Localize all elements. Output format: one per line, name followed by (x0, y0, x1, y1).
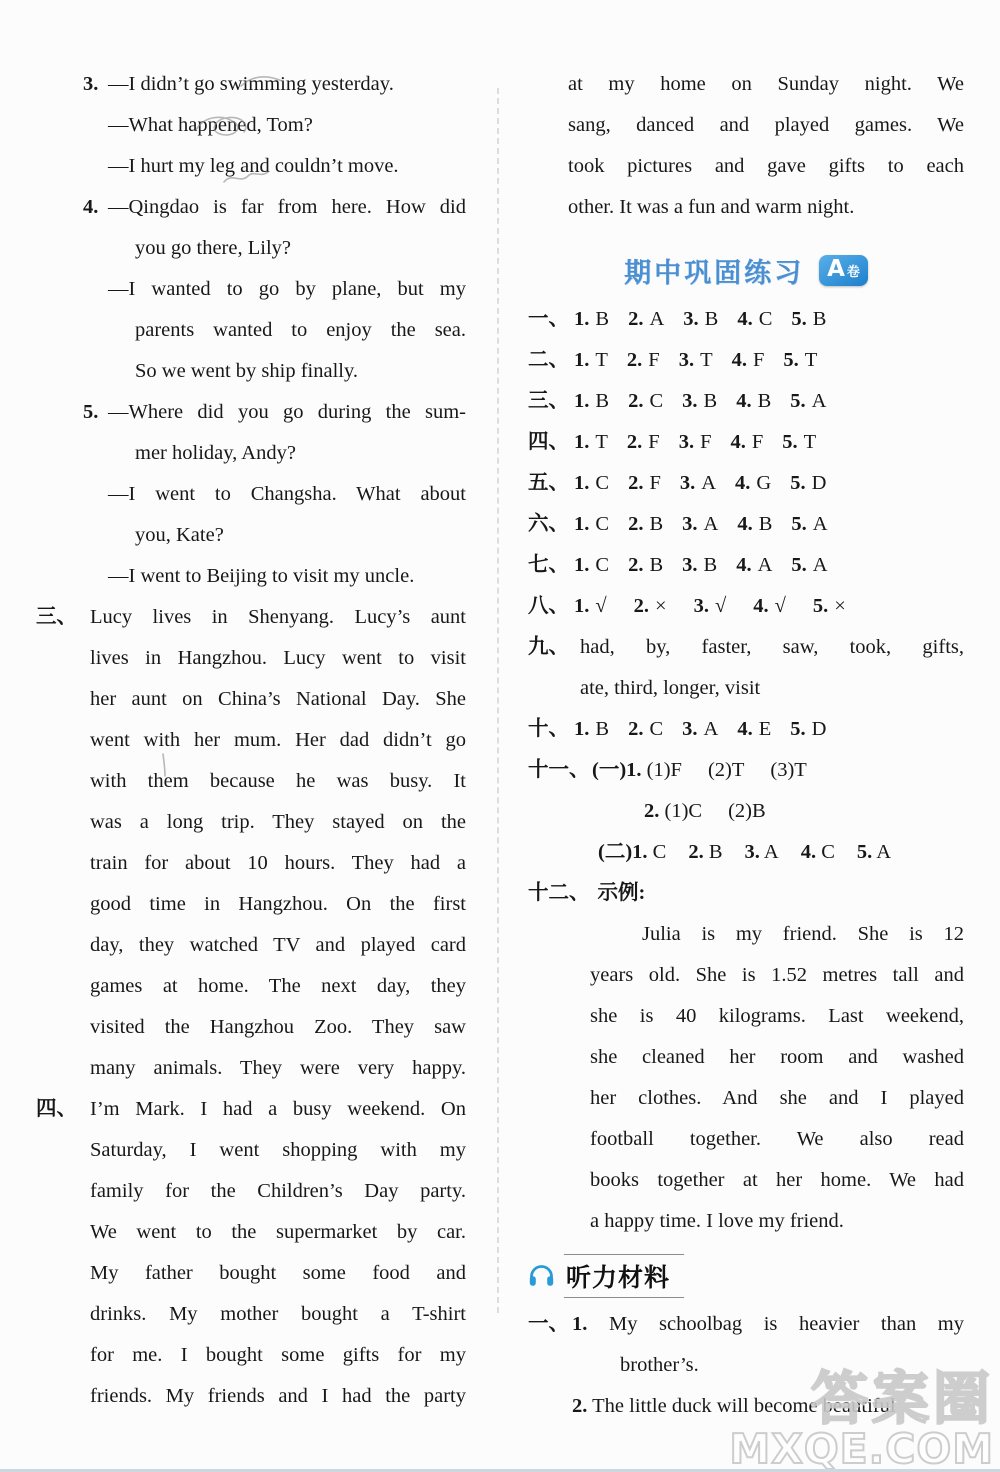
answer-items: 1.T2.F3.F4.F5.T (574, 422, 816, 463)
item-value: D (812, 718, 827, 740)
text-segment: (1)F (642, 759, 682, 781)
item-value: √ (775, 595, 786, 617)
text-segment: A (760, 841, 779, 863)
row-label: 四、 (528, 422, 574, 463)
text-line: you go there, Lily? (108, 228, 466, 269)
item-number: 1. (574, 513, 589, 535)
text-line: —I wanted to go by plane, but my (108, 269, 466, 310)
text-line: she is 40 kilograms. Last weekend, (590, 996, 964, 1037)
item-number: 2. (628, 554, 643, 576)
bold-number: 2. (688, 841, 703, 863)
text-segment: years old. She is 1.52 metres tall and (590, 964, 964, 986)
left-column: 3.—I didn’t go swimming yesterday.—What … (36, 64, 466, 1417)
item-number: 1. (574, 390, 589, 412)
watermark: 答案圈 MXQE.COM (729, 1371, 994, 1471)
right-column: at my home on Sunday night. Wesang, danc… (528, 64, 964, 1427)
answer-item: 2.F (627, 422, 660, 463)
text-segment: for me. I bought some gifts for my (90, 1344, 466, 1366)
answer-rows: 一、1.B2.A3.B4.C5.B二、1.T2.F3.T4.F5.T三、1.B2… (528, 299, 964, 627)
item-value: B (759, 513, 773, 535)
answer-row: 四、1.T2.F3.F4.F5.T (528, 422, 964, 463)
text-line: football together. We also read (590, 1119, 964, 1160)
text-segment: —I wanted to go by plane, but my (108, 278, 466, 300)
item-number: 5. (783, 349, 798, 371)
answer-item: 3.A (680, 463, 716, 504)
row-label: 一、 (528, 299, 574, 340)
paragraph-continuation: at my home on Sunday night. Wesang, danc… (528, 64, 964, 228)
text-segment: ate, third, longer, visit (580, 677, 760, 699)
text-segment: visited the Hangzhou Zoo. They saw (90, 1016, 466, 1038)
item-number: 2. (628, 513, 643, 535)
listening-header-title: 听力材料 (564, 1254, 684, 1298)
answer-item: 5.A (791, 504, 827, 545)
text-segment: other. It was a fun and warm night. (568, 196, 854, 218)
watermark-brand: 答案圈 (729, 1371, 994, 1428)
answer-item: 2.B (628, 504, 663, 545)
item-number: 1. (574, 308, 589, 330)
text-line: —Qingdao is far from here. How did (108, 187, 466, 228)
text-line: her clothes. And she and I played (590, 1078, 964, 1119)
answer-item: 2.B (628, 545, 663, 586)
sample-paragraph: Julia is my friend. She is 12years old. … (528, 914, 964, 1242)
text-line: good time in Hangzhou. On the first (90, 884, 466, 925)
answer-item: 5.B (791, 299, 826, 340)
item-value: C (649, 390, 663, 412)
item-number: 2. (627, 431, 642, 453)
text-line: (一)1. (1)F(2)T(3)T (592, 750, 964, 791)
answer-block: 3.—I didn’t go swimming yesterday.—What … (36, 64, 466, 187)
item-number: 1. (574, 554, 589, 576)
item-number: 4. (736, 554, 751, 576)
answer-items: 1.T2.F3.T4.F5.T (574, 340, 817, 381)
text-line: games at home. The next day, they (90, 966, 466, 1007)
text-segment: good time in Hangzhou. On the first (90, 893, 466, 915)
text-line: —What happened, Tom? (108, 105, 466, 146)
answer-row: 八、1.√2.×3.√4.√5.× (528, 586, 964, 627)
answer-item: 5.T (783, 340, 817, 381)
badge-suffix: 卷 (847, 266, 860, 279)
bold-number: 4. (801, 841, 816, 863)
answer-item: 3.B (682, 381, 717, 422)
answer-item: 4.A (736, 545, 772, 586)
answer-item: 5.× (813, 586, 846, 627)
text-segment: you, Kate? (135, 524, 224, 546)
text-segment: (2)T (708, 759, 744, 781)
text-segment: —What happened, Tom? (108, 114, 313, 136)
answer-row: 三、1.B2.C3.B4.B5.A (528, 381, 964, 422)
text-segment: family for the Children’s Day party. (90, 1180, 466, 1202)
text-line: years old. She is 1.52 metres tall and (590, 955, 964, 996)
item-value: B (704, 390, 718, 412)
answer-item: 5.A (791, 545, 827, 586)
row-label: 二、 (528, 340, 574, 381)
text-segment: games at home. The next day, they (90, 975, 466, 997)
answer-item: 5.D (790, 709, 826, 750)
text-line: —Where did you go during the sum- (108, 392, 466, 433)
answer-row: 六、1.C2.B3.A4.B5.A (528, 504, 964, 545)
answer-items: 1.C2.B3.B4.A5.A (574, 545, 828, 586)
text-segment: My schoolbag is heavier than my (587, 1313, 964, 1335)
item-number: 5. (790, 718, 805, 740)
text-line: My father bought some food and (90, 1253, 466, 1294)
text-line: parents wanted to enjoy the sea. (108, 310, 466, 351)
item-value: F (752, 431, 763, 453)
text-segment: went with her mum. Her dad didn’t go (90, 729, 466, 751)
text-segment: —I went to Changsha. What about (108, 483, 466, 505)
answer-block: 4.—Qingdao is far from here. How didyou … (36, 187, 466, 392)
answer-item: 1.B (574, 709, 609, 750)
answer-item: 2.A (628, 299, 664, 340)
text-line: mer holiday, Andy? (108, 433, 466, 474)
text-line: —I went to Beijing to visit my uncle. (108, 556, 466, 597)
answer-item: 3.B (682, 545, 717, 586)
item-value: C (649, 718, 663, 740)
item-value: B (705, 308, 719, 330)
text-segment: —I hurt my leg and couldn’t move. (108, 155, 399, 177)
section-label: 一、 (528, 1304, 569, 1345)
text-line: many animals. They were very happy. (90, 1048, 466, 1089)
answer-item: 1.T (574, 340, 608, 381)
text-segment: Lucy lives in Shenyang. Lucy’s aunt (90, 606, 466, 628)
item-number: 3. (682, 718, 697, 740)
text-line: Julia is my friend. She is 12 (590, 914, 964, 955)
item-number: 3. (679, 349, 694, 371)
item-value: × (834, 595, 846, 617)
text-segment: was a long trip. They stayed on the (90, 811, 466, 833)
item-value: A (758, 554, 773, 576)
row-label: 八、 (528, 586, 574, 627)
text-line: other. It was a fun and warm night. (568, 187, 964, 228)
item-value: A (704, 718, 719, 740)
answer-block: 5.—Where did you go during the sum-mer h… (36, 392, 466, 597)
section-label: 十一、 (528, 750, 590, 791)
item-number: 4. (732, 349, 747, 371)
text-line: sang, danced and played games. We (568, 105, 964, 146)
row-label: 六、 (528, 504, 574, 545)
text-segment: she cleaned her room and washed (590, 1046, 964, 1068)
item-value: E (759, 718, 772, 740)
text-segment: took pictures and gave gifts to each (568, 155, 964, 177)
item-number: 5. (791, 554, 806, 576)
item-value: B (595, 718, 609, 740)
answer-items: 1.√2.×3.√4.√5.× (574, 586, 846, 627)
item-number: 1. (574, 349, 589, 371)
item-number: 2. (634, 595, 649, 617)
item-value: A (813, 554, 828, 576)
item-value: B (595, 308, 609, 330)
item-number: 2. (628, 308, 643, 330)
answer-items: 1.B2.C3.B4.B5.A (574, 381, 826, 422)
item-number: 4. (735, 472, 750, 494)
text-segment: —I went to Beijing to visit my uncle. (108, 565, 414, 587)
text-segment: sang, danced and played games. We (568, 114, 964, 136)
column-divider (497, 88, 499, 1313)
listening-material-header: 听力材料 (528, 1248, 964, 1304)
answer-item: 1.B (574, 299, 609, 340)
text-line: her aunt on China’s National Day. She (90, 679, 466, 720)
text-segment: Saturday, I went shopping with my (90, 1139, 466, 1161)
answer-item: 5.T (782, 422, 816, 463)
text-segment: mer holiday, Andy? (135, 442, 296, 464)
text-segment: brother’s. (620, 1354, 699, 1376)
answer-item: 4.F (732, 340, 765, 381)
text-segment: I’m Mark. I had a busy weekend. On (90, 1098, 466, 1120)
item-value: A (812, 390, 827, 412)
section-twelve-row: 十二、示例: (528, 873, 964, 914)
word-bank-block: 九、had, by, faster, saw, took, gifts,ate,… (528, 627, 964, 709)
text-line: had, by, faster, saw, took, gifts, (580, 627, 964, 668)
row-label: 七、 (528, 545, 574, 586)
item-number: 4. (737, 308, 752, 330)
badge-letter: A (827, 258, 845, 281)
a-paper-badge: A卷 (819, 255, 868, 286)
text-line: day, they watched TV and played card (90, 925, 466, 966)
text-segment: —Qingdao is far from here. How did (108, 196, 466, 218)
item-value: D (812, 472, 827, 494)
text-line: friends. My friends and I had the party (90, 1376, 466, 1417)
midterm-header-title: 期中巩固练习 (624, 251, 804, 290)
text-segment: We went to the supermarket by car. (90, 1221, 466, 1243)
item-number: 1. (574, 431, 589, 453)
bold-number: 1. (572, 1313, 587, 1335)
answer-item: 4.√ (753, 586, 786, 627)
text-segment: a happy time. I love my friend. (590, 1210, 844, 1232)
answer-item: 4.G (735, 463, 771, 504)
text-segment: she is 40 kilograms. Last weekend, (590, 1005, 964, 1027)
answer-item: 3.T (679, 340, 713, 381)
text-line: went with her mum. Her dad didn’t go (90, 720, 466, 761)
section-twelve-label: 十二、 (528, 882, 590, 904)
text-line: (二)1. C2. B3. A4. C5. A (592, 832, 964, 873)
text-segment: friends. My friends and I had the party (90, 1385, 466, 1407)
text-line: So we went by ship finally. (108, 351, 466, 392)
item-number: 3. (679, 431, 694, 453)
item-value: F (648, 431, 659, 453)
answer-block: 三、Lucy lives in Shenyang. Lucy’s auntliv… (36, 597, 466, 1089)
text-segment: day, they watched TV and played card (90, 934, 466, 956)
section-eleven-block: 十一、(一)1. (1)F(2)T(3)T2. (1)C(2)B(二)1. C2… (528, 750, 964, 873)
item-number: 2. (628, 718, 643, 740)
item-number: 3. (682, 390, 697, 412)
answer-item: 4.F (730, 422, 763, 463)
text-line: for me. I bought some gifts for my (90, 1335, 466, 1376)
item-value: A (701, 472, 716, 494)
text-line: was a long trip. They stayed on the (90, 802, 466, 843)
item-value: A (813, 513, 828, 535)
watermark-site: MXQE.COM (729, 1428, 994, 1471)
text-segment: (3)T (770, 759, 806, 781)
bold-number: 2. (572, 1395, 587, 1417)
item-number: 1. (574, 718, 589, 740)
block-label: 4. (83, 187, 98, 228)
item-value: T (804, 431, 817, 453)
row-label: 五、 (528, 463, 574, 504)
answer-item: 5.A (790, 381, 826, 422)
item-value: C (595, 513, 609, 535)
item-value: × (655, 595, 667, 617)
item-number: 4. (737, 718, 752, 740)
text-segment: books together at her home. We had (590, 1169, 964, 1191)
item-number: 3. (680, 472, 695, 494)
text-segment: with them because he was busy. It (90, 770, 466, 792)
text-line: train for about 10 hours. They had a (90, 843, 466, 884)
text-line: Saturday, I went shopping with my (90, 1130, 466, 1171)
item-value: F (753, 349, 764, 371)
answer-item: 1.√ (574, 586, 607, 627)
item-number: 4. (730, 431, 745, 453)
answer-items: 1.C2.B3.A4.B5.A (574, 504, 828, 545)
answer-item: 4.B (736, 381, 771, 422)
answer-item: 3.√ (694, 586, 727, 627)
text-line: books together at her home. We had (590, 1160, 964, 1201)
answer-item: 3.A (682, 504, 718, 545)
text-segment: —Where did you go during the sum- (108, 401, 466, 423)
answer-row: 一、1.B2.A3.B4.C5.B (528, 299, 964, 340)
answer-row: 二、1.T2.F3.T4.F5.T (528, 340, 964, 381)
item-value: F (648, 349, 659, 371)
item-value: √ (595, 595, 606, 617)
answer-block: 四、I’m Mark. I had a busy weekend. OnSatu… (36, 1089, 466, 1417)
text-segment: C (816, 841, 835, 863)
text-line: took pictures and gave gifts to each (568, 146, 964, 187)
text-line: she cleaned her room and washed (590, 1037, 964, 1078)
item-number: 3. (682, 513, 697, 535)
row-label: 三、 (528, 381, 574, 422)
answer-items: 1.C2.F3.A4.G5.D (574, 463, 826, 504)
answer-item: 2.F (627, 340, 660, 381)
answer-item: 1.C (574, 545, 609, 586)
text-segment: A (872, 841, 891, 863)
midterm-practice-header: 期中巩固练习 A卷 (528, 241, 964, 299)
bold-number: 5. (857, 841, 872, 863)
item-number: 2. (627, 349, 642, 371)
block-label: 三、 (36, 597, 77, 638)
text-segment: her clothes. And she and I played (590, 1087, 964, 1109)
answer-row: 五、1.C2.F3.A4.G5.D (528, 463, 964, 504)
answer-item: 2.C (628, 709, 663, 750)
item-number: 5. (782, 431, 797, 453)
answer-item: 5.D (790, 463, 826, 504)
text-line: —I didn’t go swimming yesterday. (108, 64, 466, 105)
workbook-answer-page: 3.—I didn’t go swimming yesterday.—What … (0, 0, 1000, 1472)
text-line: with them because he was busy. It (90, 761, 466, 802)
item-value: B (704, 554, 718, 576)
item-value: A (704, 513, 719, 535)
item-value: B (595, 390, 609, 412)
answer-item: 4.C (737, 299, 772, 340)
text-segment: Julia is my friend. She is 12 (642, 923, 964, 945)
answer-item: 2.C (628, 381, 663, 422)
text-segment: drinks. My mother bought a T-shirt (90, 1303, 466, 1325)
answer-item: 2.F (628, 463, 661, 504)
text-segment: (1)C (659, 800, 702, 822)
text-segment: (2)B (728, 800, 766, 822)
answer-row-ten: 十、1.B2.C3.A4.E5.D (528, 709, 964, 750)
item-number: 1. (574, 472, 589, 494)
text-segment: at my home on Sunday night. We (568, 73, 964, 95)
text-line: a happy time. I love my friend. (590, 1201, 964, 1242)
item-value: A (649, 308, 664, 330)
item-value: B (649, 554, 663, 576)
item-number: 4. (737, 513, 752, 535)
item-value: T (595, 349, 608, 371)
item-value: F (700, 431, 711, 453)
bold-number: (二)1. (598, 841, 648, 863)
section-twelve-sublabel: 示例: (598, 882, 646, 904)
text-segment: B (704, 841, 723, 863)
answer-item: 1.C (574, 504, 609, 545)
answer-item: 3.B (683, 299, 718, 340)
answer-item: 4.B (737, 504, 772, 545)
item-number: 3. (682, 554, 697, 576)
item-number: 5. (790, 390, 805, 412)
item-value: C (595, 554, 609, 576)
headphones-icon (528, 1265, 555, 1288)
bold-number: (一)1. (592, 759, 642, 781)
text-segment: So we went by ship finally. (135, 360, 358, 382)
block-label: 3. (83, 64, 98, 105)
text-line: 2. (1)C(2)B (592, 791, 964, 832)
bold-number: 3. (745, 841, 760, 863)
answer-row: 十、1.B2.C3.A4.E5.D (528, 709, 964, 750)
text-segment: had, by, faster, saw, took, gifts, (580, 636, 964, 658)
answer-item: 1.B (574, 381, 609, 422)
answer-row: 七、1.C2.B3.B4.A5.A (528, 545, 964, 586)
answer-item: 1.C (574, 463, 609, 504)
item-value: G (756, 472, 771, 494)
block-label: 5. (83, 392, 98, 433)
text-line: Lucy lives in Shenyang. Lucy’s aunt (90, 597, 466, 638)
item-number: 4. (753, 595, 768, 617)
answer-item: 3.F (679, 422, 712, 463)
text-segment: train for about 10 hours. They had a (90, 852, 466, 874)
text-line: family for the Children’s Day party. (90, 1171, 466, 1212)
answer-item: 4.E (737, 709, 771, 750)
item-number: 4. (736, 390, 751, 412)
text-line: 1. My schoolbag is heavier than my (572, 1304, 964, 1345)
text-segment: football together. We also read (590, 1128, 964, 1150)
item-value: C (595, 472, 609, 494)
answer-item: 2.× (634, 586, 667, 627)
answer-items: 1.B2.C3.A4.E5.D (574, 709, 826, 750)
text-line: you, Kate? (108, 515, 466, 556)
item-number: 1. (574, 595, 589, 617)
text-segment: lives in Hangzhou. Lucy went to visit (90, 647, 466, 669)
item-number: 3. (694, 595, 709, 617)
item-value: T (700, 349, 713, 371)
item-number: 5. (813, 595, 828, 617)
text-line: I’m Mark. I had a busy weekend. On (90, 1089, 466, 1130)
text-line: ate, third, longer, visit (580, 668, 964, 709)
text-line: We went to the supermarket by car. (90, 1212, 466, 1253)
item-number: 2. (628, 472, 643, 494)
item-number: 5. (790, 472, 805, 494)
text-line: —I hurt my leg and couldn’t move. (108, 146, 466, 187)
answer-item: 1.T (574, 422, 608, 463)
item-value: √ (715, 595, 726, 617)
text-segment: parents wanted to enjoy the sea. (135, 319, 466, 341)
row-label: 十、 (528, 709, 574, 750)
item-value: T (805, 349, 818, 371)
text-line: lives in Hangzhou. Lucy went to visit (90, 638, 466, 679)
text-segment: you go there, Lily? (135, 237, 291, 259)
bold-number: 2. (644, 800, 659, 822)
item-value: C (759, 308, 773, 330)
item-number: 2. (628, 390, 643, 412)
item-value: B (758, 390, 772, 412)
text-segment: C (648, 841, 667, 863)
item-value: T (595, 431, 608, 453)
